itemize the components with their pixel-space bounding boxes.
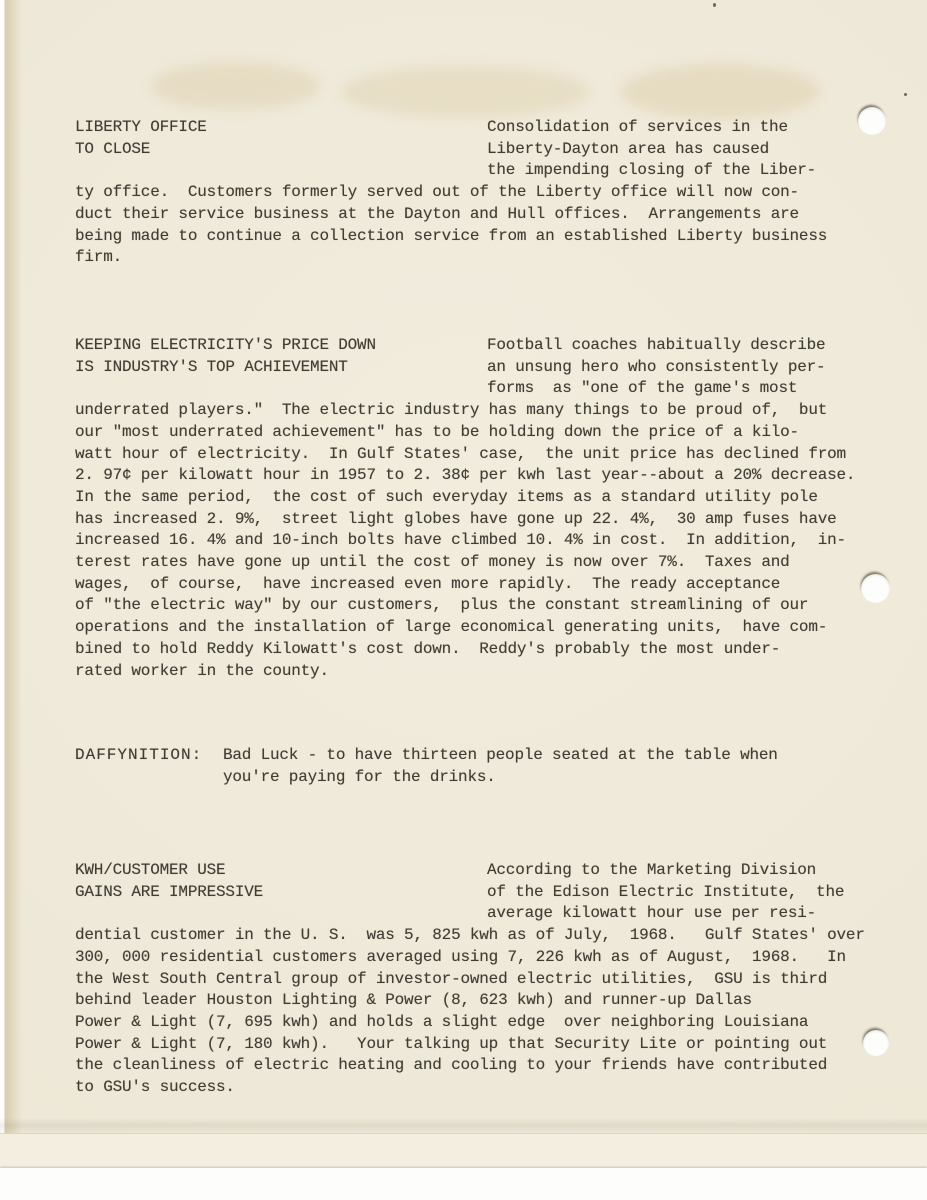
text-line: KEEPING ELECTRICITY'S PRICE DOWN	[75, 335, 376, 357]
punch-hole	[863, 1030, 889, 1056]
text-line: being made to continue a collection serv…	[75, 226, 875, 248]
scanned-newsletter-page: LIBERTY OFFICETO CLOSE Consolidation of …	[0, 0, 927, 1200]
text-line: LIBERTY OFFICE	[75, 117, 207, 139]
text-line: terest rates have gone up until the cost…	[75, 552, 875, 574]
text-line: Power & Light (7, 695 kwh) and holds a s…	[75, 1012, 875, 1034]
article-body: underrated players." The electric indust…	[75, 400, 875, 682]
scanner-background	[0, 1168, 927, 1200]
article-intro-column: Football coaches habitually describean u…	[487, 335, 825, 400]
text-line: KWH/CUSTOMER USE	[75, 860, 263, 882]
text-line: 2. 97¢ per kilowatt hour in 1957 to 2. 3…	[75, 465, 875, 487]
text-line: forms as "one of the game's most	[487, 378, 825, 400]
text-line: an unsung hero who consistently per-	[487, 357, 825, 379]
text-line: the impending closing of the Liber-	[487, 160, 816, 182]
punch-hole	[861, 574, 890, 603]
dust-speck	[904, 93, 907, 96]
text-line: the West South Central group of investor…	[75, 969, 875, 991]
text-line: you're paying for the drinks.	[223, 767, 778, 789]
text-line: has increased 2. 9%, street light globes…	[75, 509, 875, 531]
text-line: ty office. Customers formerly served out…	[75, 182, 875, 204]
text-line: Football coaches habitually describe	[487, 335, 825, 357]
text-line: operations and the installation of large…	[75, 617, 875, 639]
text-line: IS INDUSTRY'S TOP ACHIEVEMENT	[75, 357, 376, 379]
text-line: duct their service business at the Dayto…	[75, 204, 875, 226]
text-line: watt hour of electricity. In Gulf States…	[75, 444, 875, 466]
text-line: to GSU's success.	[75, 1077, 875, 1099]
text-line: firm.	[75, 247, 875, 269]
article-kwh-customer-use: KWH/CUSTOMER USEGAINS ARE IMPRESSIVE Acc…	[75, 860, 875, 1099]
text-line: wages, of course, have increased even mo…	[75, 574, 875, 596]
text-line: TO CLOSE	[75, 139, 207, 161]
text-line: increased 16. 4% and 10-inch bolts have …	[75, 530, 875, 552]
text-line: underrated players." The electric indust…	[75, 400, 875, 422]
text-line: our "most underrated achievement" has to…	[75, 422, 875, 444]
text-line: of the Edison Electric Institute, the	[487, 882, 844, 904]
text-line: According to the Marketing Division	[487, 860, 844, 882]
daffynition-text: Bad Luck - to have thirteen people seate…	[223, 745, 778, 788]
article-liberty-office-to-close: LIBERTY OFFICETO CLOSE Consolidation of …	[75, 117, 875, 269]
article-heading: KEEPING ELECTRICITY'S PRICE DOWNIS INDUS…	[75, 335, 376, 378]
text-line: Liberty-Dayton area has caused	[487, 139, 816, 161]
text-line: In the same period, the cost of such eve…	[75, 487, 875, 509]
text-line: Consolidation of services in the	[487, 117, 816, 139]
text-line: the cleanliness of electric heating and …	[75, 1055, 875, 1077]
article-intro-column: According to the Marketing Divisionof th…	[487, 860, 844, 925]
text-line: of "the electric way" by our customers, …	[75, 595, 875, 617]
article-intro-column: Consolidation of services in theLiberty-…	[487, 117, 816, 182]
text-line: 300, 000 residential customers averaged …	[75, 947, 875, 969]
bleed-through-smudge	[340, 66, 590, 118]
page-left-edge-shadow	[0, 0, 22, 1170]
bleed-through-smudge	[620, 64, 820, 119]
article-head-row: LIBERTY OFFICETO CLOSE Consolidation of …	[75, 117, 875, 182]
article-heading: KWH/CUSTOMER USEGAINS ARE IMPRESSIVE	[75, 860, 263, 903]
text-line: Bad Luck - to have thirteen people seate…	[223, 745, 778, 767]
bleed-through-smudge	[150, 62, 320, 110]
article-body: dential customer in the U. S. was 5, 825…	[75, 925, 875, 1099]
fold-crease	[0, 1118, 927, 1134]
text-line: Power & Light (7, 180 kwh). Your talking…	[75, 1034, 875, 1056]
dust-speck	[713, 3, 716, 7]
article-keeping-price-down: KEEPING ELECTRICITY'S PRICE DOWNIS INDUS…	[75, 335, 875, 682]
text-line: behind leader Houston Lighting & Power (…	[75, 990, 875, 1012]
article-head-row: KEEPING ELECTRICITY'S PRICE DOWNIS INDUS…	[75, 335, 875, 400]
text-line: bined to hold Reddy Kilowatt's cost down…	[75, 639, 875, 661]
daffynition-label: DAFFYNITION:	[75, 745, 202, 767]
text-line: rated worker in the county.	[75, 661, 875, 683]
text-line: GAINS ARE IMPRESSIVE	[75, 882, 263, 904]
article-heading: LIBERTY OFFICETO CLOSE	[75, 117, 207, 160]
article-body: ty office. Customers formerly served out…	[75, 182, 875, 269]
text-line: dential customer in the U. S. was 5, 825…	[75, 925, 875, 947]
under-page-edge	[0, 1133, 927, 1171]
text-line: average kilowatt hour use per resi-	[487, 903, 844, 925]
article-head-row: KWH/CUSTOMER USEGAINS ARE IMPRESSIVE Acc…	[75, 860, 875, 925]
punch-hole	[858, 107, 886, 135]
